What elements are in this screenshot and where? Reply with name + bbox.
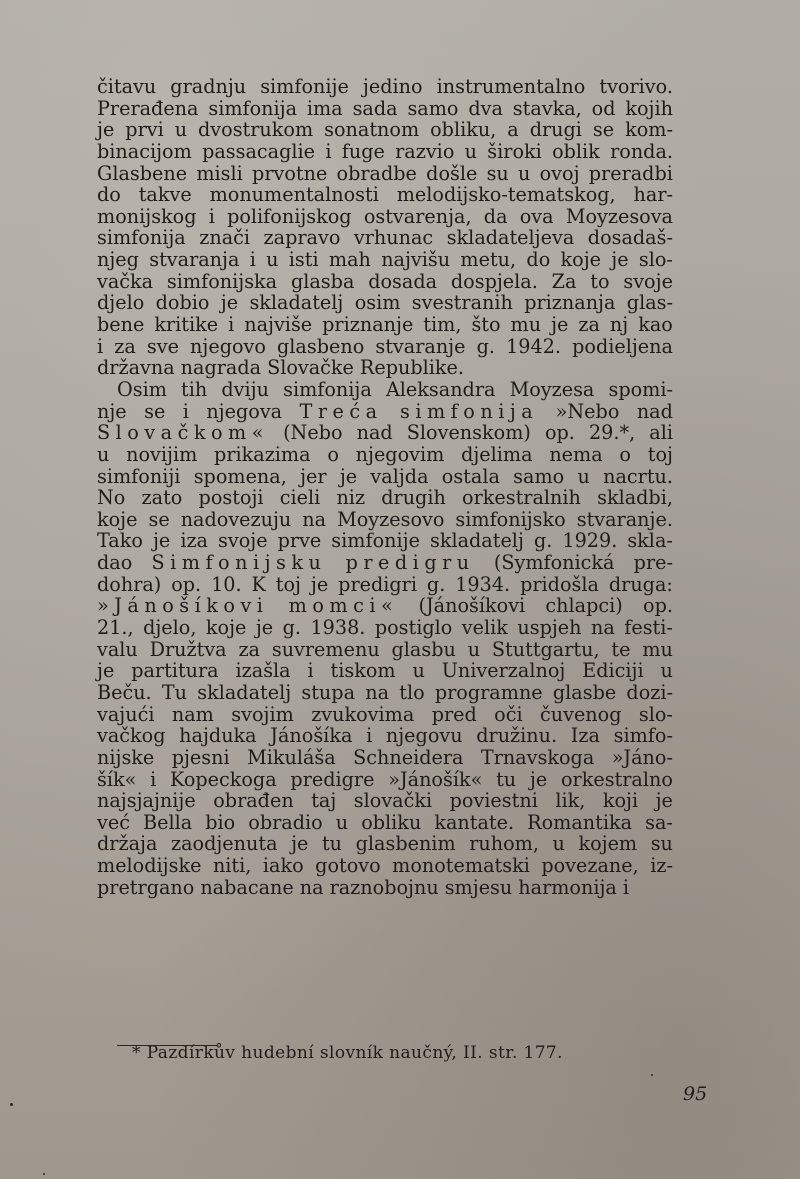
text-line: Prerađenasimfonijaimasadasamodvastavka,o… xyxy=(97,98,673,120)
text-line: vajućinamsvojimzvukovimapredočičuvenogsl… xyxy=(97,704,673,726)
text-line: Slovačkom«(NebonadSlovenskom)op.29.*,ali xyxy=(97,422,673,444)
text-line: Glasbenemisliprvotneobradbedošlesuuovojp… xyxy=(97,163,673,185)
text-line: daoSimfonijskupredigru(Symfonickápre- xyxy=(97,552,673,574)
text-line: vačkasimfonijskaglasbadosadadospjela.Zat… xyxy=(97,271,673,293)
footnote: * Pazdírkův hudební slovník naučný, II. … xyxy=(132,1042,563,1064)
text-line: pretrganonabacanenaraznobojnusmjesuharmo… xyxy=(97,877,673,899)
paper-speck xyxy=(10,1103,13,1106)
text-line: nijskepjesniMikulášaSchneideraTrnavskoga… xyxy=(97,747,673,769)
text-line: većBellabioobradiouoblikukantate.Romanti… xyxy=(97,812,673,834)
text-line: čitavugradnjusimfonijejedinoinstrumental… xyxy=(97,76,673,98)
text-line: monijskogipolifonijskogostvarenja,daovaM… xyxy=(97,206,673,228)
text-line: valuDružtvazasuvremenuglasbuuStuttgartu,… xyxy=(97,639,673,661)
text-line: jeprviudvostrukomsonatnomobliku,adrugise… xyxy=(97,119,673,141)
text-line: melodijskeniti,iakogotovomonotematskipov… xyxy=(97,855,673,877)
text-line: šík«iKopeckogapredigre»Jánošík«tujeorkes… xyxy=(97,769,673,791)
text-line: jepartituraizašlaitiskomuUniverzalnojEdi… xyxy=(97,660,673,682)
text-line: simfonijaznačizapravovrhunacskladateljev… xyxy=(97,227,673,249)
text-line: dohra)op.10.Ktojjepredigrig.1934.pridošl… xyxy=(97,574,673,596)
text-line: Nozatopostojicielinizdrugihorkestralnihs… xyxy=(97,487,673,509)
paper-speck xyxy=(651,1074,653,1076)
text-line: djelodobiojeskladateljosimsvestranihpriz… xyxy=(97,292,673,314)
text-line: držajazaodjenutajetuglasbenimruhom,ukoje… xyxy=(97,833,673,855)
paper-speck xyxy=(43,1173,45,1175)
text-line: Beču.Tuskladateljstupanatloprogramneglas… xyxy=(97,682,673,704)
page-number: 95 xyxy=(683,1083,707,1105)
text-line: dotakvemonumentalnostimelodijsko-tematsk… xyxy=(97,184,673,206)
text-line: »Jánošíkovimomci«(Jánošíkovichlapci)op. xyxy=(97,595,673,617)
text-line: OsimtihdvijusimfonijaAleksandraMoyzesasp… xyxy=(97,379,673,401)
text-line: državnanagradaSlovačkeRepublike. xyxy=(97,357,673,379)
text-line: njegstvaranjaiuistimahnajvišumetu,dokoje… xyxy=(97,249,673,271)
text-line: 21.,djelo,kojejeg.1938.postiglovelikuspj… xyxy=(97,617,673,639)
text-line: njeseinjegovaTrećasimfonija»Nebonad xyxy=(97,401,673,423)
text-line: kojesenadovezujunaMoyzesovosimfonijskost… xyxy=(97,509,673,531)
text-line: Takojeizasvojeprvesimfonijeskladateljg.1… xyxy=(97,530,673,552)
text-line: unovijimprikazimaonjegovimdjelimanemaoto… xyxy=(97,444,673,466)
text-line: binacijompassacaglieifugerazviouširokiob… xyxy=(97,141,673,163)
text-line: benekritikeinajvišepriznanjetim,štomujez… xyxy=(97,314,673,336)
text-line: najsjajnijeobrađentajslovačkipoviestnili… xyxy=(97,790,673,812)
book-page: čitavugradnjusimfonijejedinoinstrumental… xyxy=(0,0,800,1179)
text-line: vačkoghajdukaJánošíkainjegovudružinu.Iza… xyxy=(97,725,673,747)
body-text: čitavugradnjusimfonijejedinoinstrumental… xyxy=(97,76,673,898)
text-line: simfonijispomena,jerjevaljdaostalasamoun… xyxy=(97,466,673,488)
text-line: izasvenjegovoglasbenostvaranjeg.1942.pod… xyxy=(97,336,673,358)
